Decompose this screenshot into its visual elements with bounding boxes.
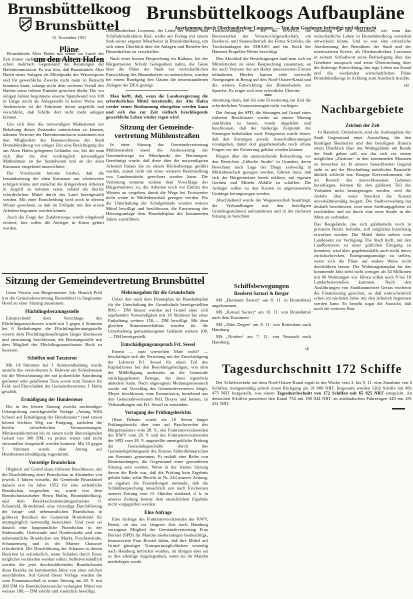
schiffsbewegungen-section: Schiffsbewegungen Reederei Sartori & Ber… [212, 280, 311, 359]
body-bold: Tagesdurchschnitt von 172 Schiffen mit 6… [277, 391, 384, 396]
masthead-title-line1: Brunsbüttelkoog [0, 3, 138, 17]
brunsbuettel-body: Unter Vorsitz von Bürgermeister Joh. Hin… [2, 290, 208, 594]
paragraph: Eine Anfrage des Fraktionsvorsitzenden d… [108, 517, 208, 565]
paragraph: Mit 14 Stimmen bei 1 Stimmenthaltung wur… [2, 362, 102, 394]
paragraph: Der Schiffsverkehr auf dem Nord-Ostsee-K… [212, 380, 412, 407]
brunsbuettel-headline: Sitzung der Gemeindevertretung Brunsbütt… [2, 276, 208, 287]
nachbargebiete-body: Zeichen der Zeit In Raisdorf, Ostholstei… [314, 117, 411, 362]
paragraph: Das Baugelände, das sich größtenteils no… [314, 221, 411, 311]
tagesdurchschnitt-headline: Tagesdurchschnitt 172 Schiffe [212, 362, 412, 377]
tagesdurchschnitt-body: Der Schiffsverkehr auf dem Nord-Ostsee-K… [212, 380, 412, 428]
paragraph: Unter Vorsitz von Bürgermeister Joh. Hin… [2, 290, 102, 306]
subhead: Entschädigungsanspruch Frl. Sessel [108, 342, 208, 348]
paragraph: Die in der letzten Sitzung zwecks nochma… [2, 404, 102, 457]
paragraph: Entsprechend dem Vorschlage des Flüchtli… [2, 316, 102, 353]
ship-entry: MS „Ditte Degen“ am 8. 11. von Rotterdam… [212, 322, 311, 333]
article-end-mark: ck [212, 346, 309, 351]
lead-article-body: Brunsbüttels Alter Hafen mit seiner im L… [3, 51, 104, 272]
muehlenstrassen-headline-line2: vertretung Mühlenstraßen [106, 132, 208, 140]
tagesdurchschnitt-section: Tagesdurchschnitt 172 Schiffe Der Schiff… [212, 362, 412, 428]
article-end-mark: eki [314, 83, 409, 88]
muehlenstrassen-headline: Sitzung der Gemeinde- vertretung Mühlens… [106, 123, 208, 140]
ship-entry: MS „Norden“ am 7. 11. von Neustadt nach … [212, 334, 311, 345]
paragraph: Der Vorsitzende betonte hierbei, daß die… [3, 171, 104, 213]
paragraph: Oberbaudirektor Lorenzen, der Leiter der… [106, 28, 208, 55]
subhead: Mehrausgaben für die Grundschule [108, 290, 208, 296]
paragraph: Obgleich auf Grund eines früheren Beschl… [2, 467, 102, 594]
ship-entry: MS „Konsul Sartori“ am 10. 11. von Bruns… [212, 310, 311, 321]
paragraph: In Raisdorf, Ostholstein, sind die Ausba… [314, 130, 411, 220]
section-top-rule [2, 273, 208, 274]
paragraph: Den Abschluß der Besichtigungen fand man… [212, 56, 311, 93]
paragraph: Erneut — zum wievielten Male wohl? — bes… [108, 349, 208, 407]
subhead: Schöffen und Taxatoren [2, 356, 102, 362]
paragraph: Um sich über die notwendigen Maßnahmen z… [3, 121, 104, 169]
schiffsbewegungen-headline: Schiffsbewegungen [212, 282, 311, 290]
subhead: Ermäßigung der Hundesteuer [2, 397, 102, 403]
column-3: Treibstoffanlagen der BP, die RAWAG, die… [212, 28, 311, 274]
muehlenstrassen-headline-line1: Sitzung der Gemeinde- [106, 123, 208, 131]
nachbargebiete-subhead: Zeichen der Zeit [314, 123, 411, 129]
paragraph: Der Antrag der SPD, die Sitzungen auf Gr… [212, 110, 311, 152]
article-end-dash [264, 95, 271, 96]
main-headline: Brunsbüttelkoogs Aufbaupläne [140, 4, 411, 24]
nachbargebiete-section: Nachbargebiete Zeichen der Zeit In Raisd… [314, 104, 411, 362]
paragraph: Abschließend wurde der Wegeausschuß beau… [212, 198, 311, 219]
subhead: Vorzeitige Brandschau [2, 460, 102, 466]
schiffsbewegungen-subhead: Reederei Sartori & Berger [212, 291, 311, 297]
column-4-top: stimmung in den Ansichten, wie man das w… [314, 28, 411, 102]
paragraph: stimmung darin, daß für eine Erweiterung… [212, 98, 311, 109]
coat-of-arms-icon [19, 17, 32, 35]
newspaper-page: Brunsbüttelkoog Brunsbüttel 15. November… [0, 0, 413, 599]
subhead: Vertagung des Prüfungsberichts [108, 410, 208, 416]
paragraph: Klagen über die unzureichende Beleuchtun… [212, 154, 311, 196]
paragraph: Auch die Frage der Zufahrtswege wurde ei… [3, 215, 104, 231]
paragraph: Brunsbüttels Alter Hafen mit seiner im L… [3, 51, 104, 120]
column-2: Oberbaudirektor Lorenzen, der Leiter der… [106, 28, 208, 273]
ship-entry: MS „Hermann Sartori“ am 8. 11. in Brunsb… [212, 298, 311, 309]
bold-closing-paragraph: Man hofft, daß, wenn die Landesregierung… [106, 93, 208, 120]
paragraph: Nach einer kurzen Besprechung im Rathaus… [106, 56, 208, 88]
section-end-dash [392, 408, 405, 409]
subhead: Eine Anfrage [108, 510, 208, 516]
paragraph: stimmung in den Ansichten, wie man das w… [314, 28, 411, 81]
paragraph: Ueber den nach dem Finanzplan im Haushal… [108, 297, 208, 339]
brunsbuettel-section: Sitzung der Gemeindevertretung Brunsbütt… [2, 273, 208, 594]
paragraph: In einer Sitzung der Gemeindevertretung … [106, 142, 208, 222]
subhead: Flüchtlingsberatungsstelle [2, 309, 102, 315]
nachbargebiete-headline: Nachbargebiete [314, 104, 411, 116]
paragraph: Ohne Debatte wurde ein 10 Seiten langer … [108, 417, 208, 507]
article-divider-rule [125, 90, 188, 91]
paragraph: Treibstoffanlagen der BP, die RAWAG, die… [212, 28, 311, 55]
